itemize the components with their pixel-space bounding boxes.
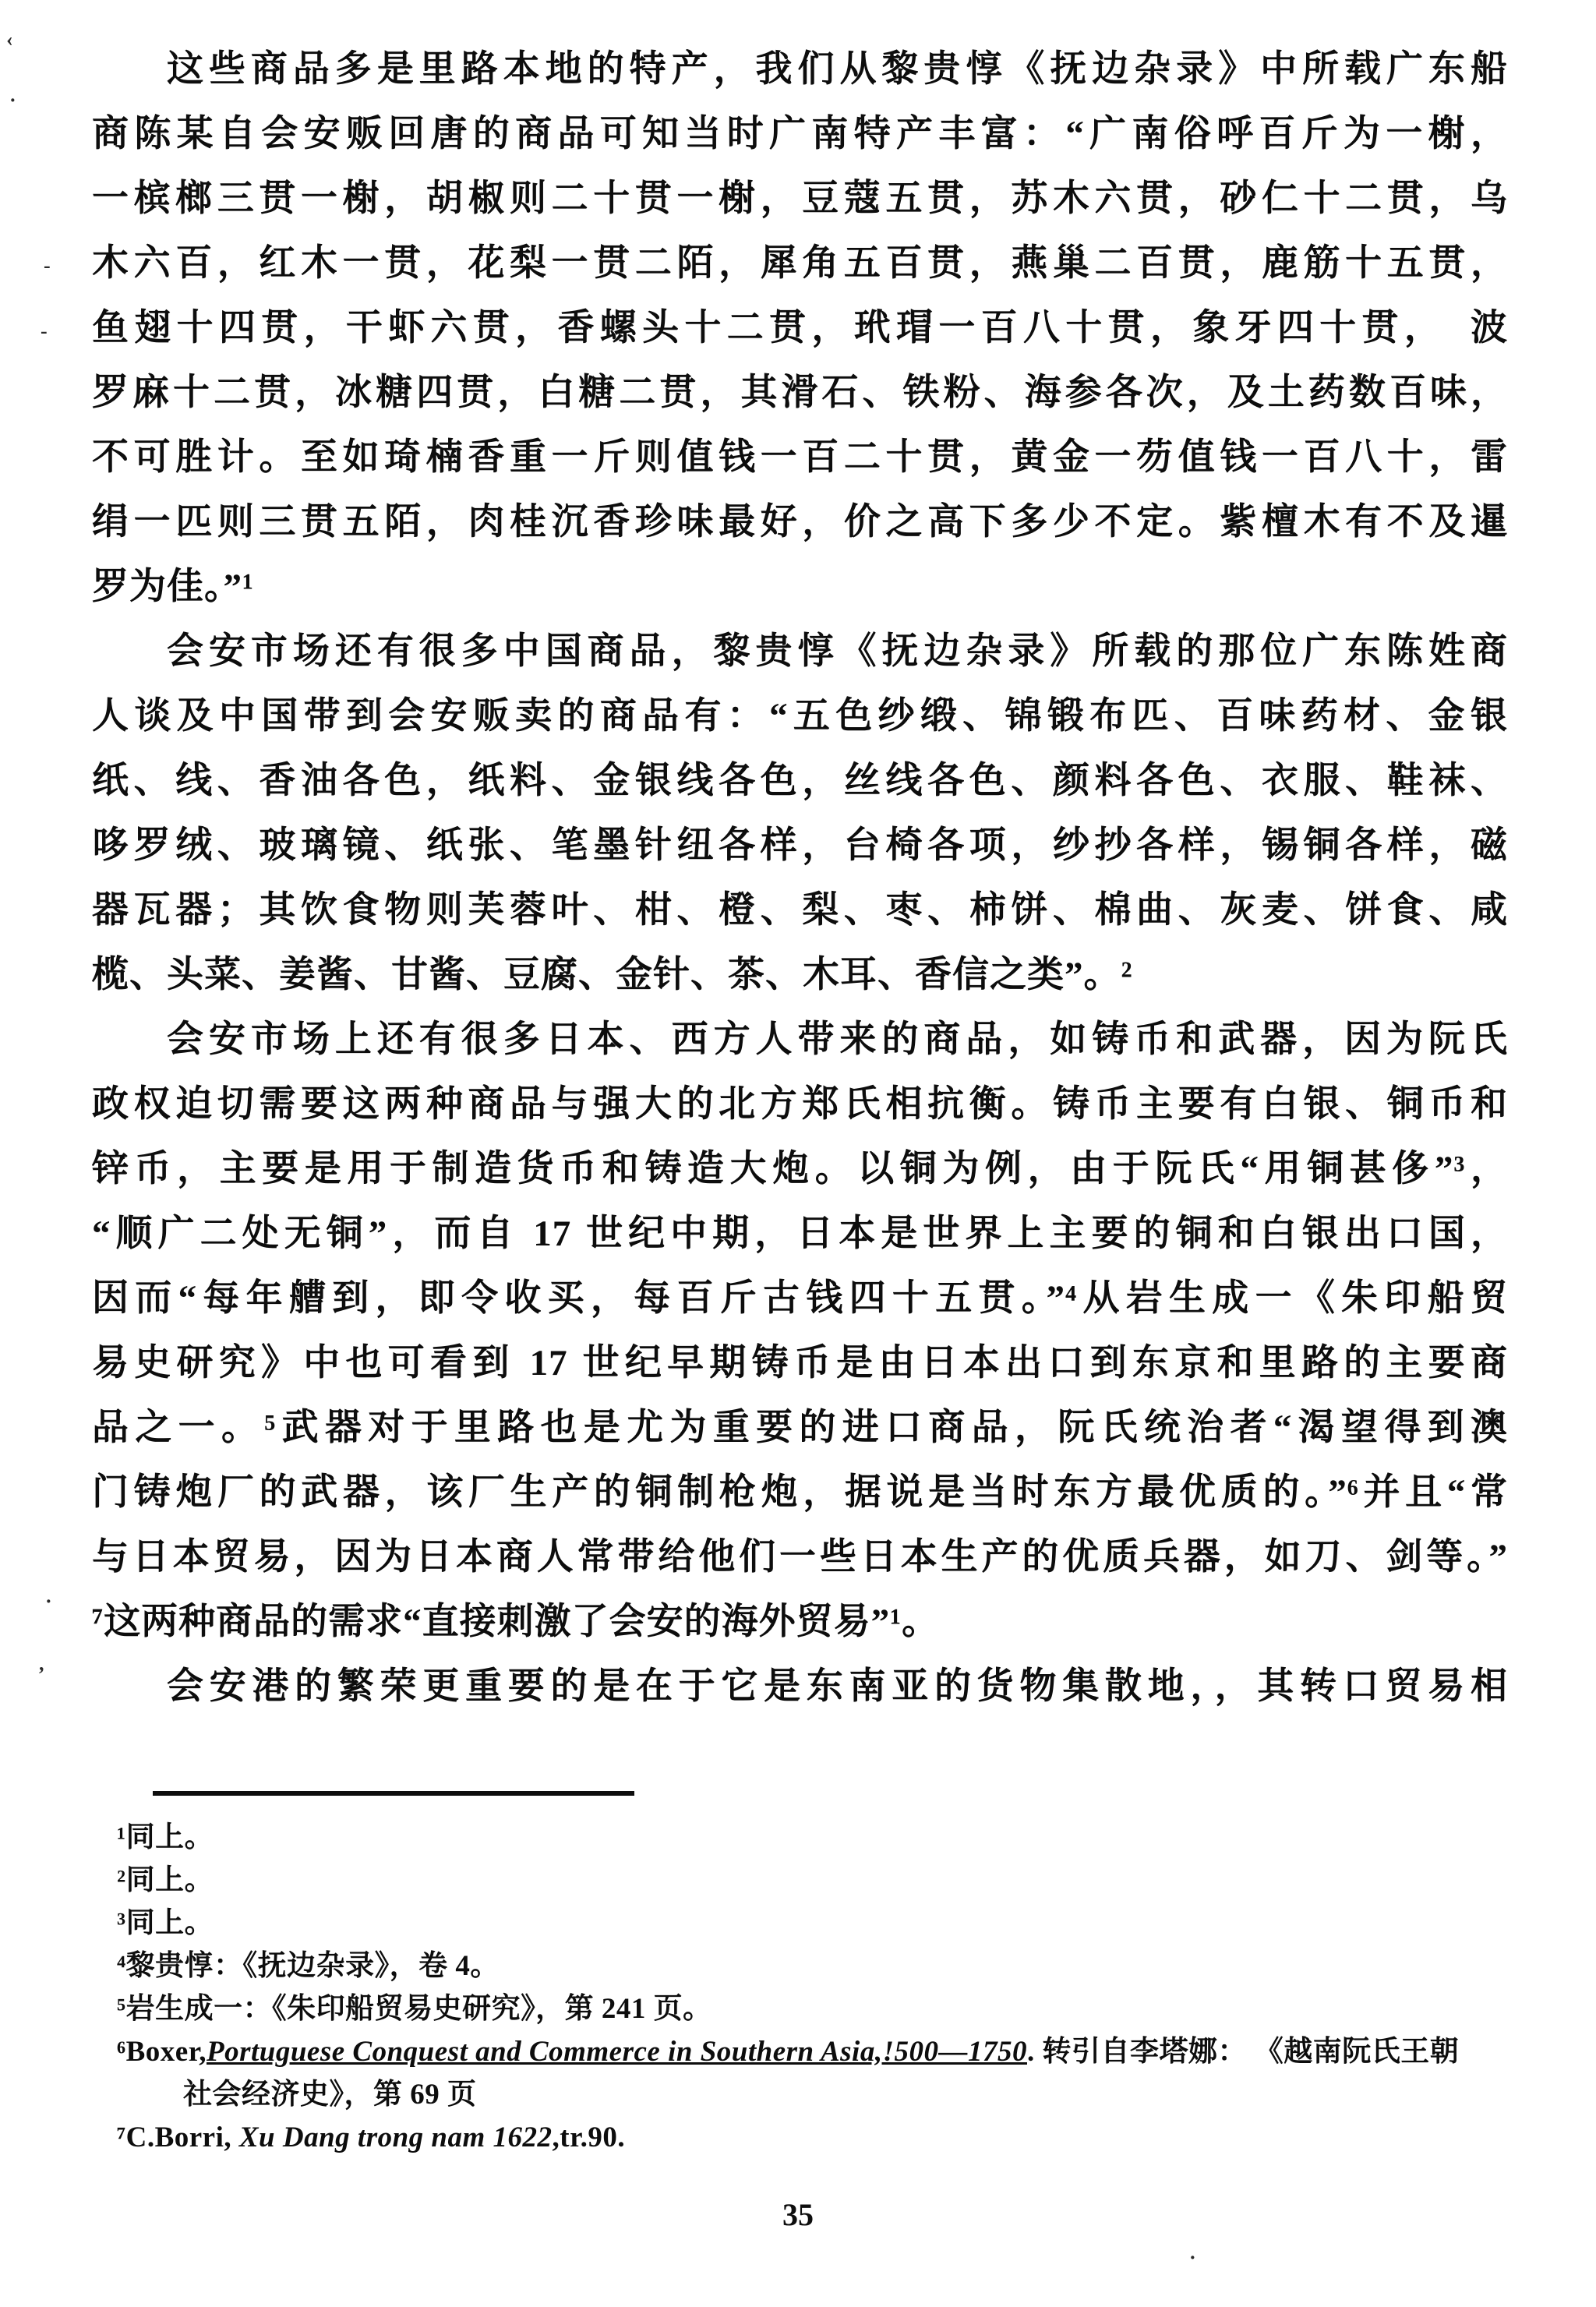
scan-artifact: ‹	[6, 28, 13, 51]
body-line: “顺广二处无铜”，而自 17 世纪中期，日本是世界上主要的铜和白银出口国，	[92, 1202, 1508, 1267]
footnote-6-book-title: Portuguese Conquest and Commerce in Sout…	[207, 2036, 1027, 2068]
scan-artifact: ,	[39, 1652, 44, 1676]
body-line: 人谈及中国带到会安贩卖的商品有：“五色纱缎、锦锻布匹、百味药材、金银	[92, 684, 1508, 749]
footnote-6: ⁶Boxer,Portuguese Conquest and Commerce …	[117, 2030, 1520, 2073]
body-line: 因而“每年艚到，即令收买，每百斤古钱四十五贯。”⁴从岩生成一《朱印船贸	[92, 1267, 1508, 1331]
body-line: 罗麻十二贯，冰糖四贯，白糖二贯，其滑石、铁粉、海参各次，及土药数百味，	[92, 361, 1508, 426]
footnote-6-suffix: . 转引自李塔娜： 《越南阮氏王朝	[1027, 2036, 1459, 2068]
body-text: 这些商品多是里路本地的特产，我们从黎贵惇《抚边杂录》中所载广东船 商陈某自会安贩…	[92, 37, 1508, 1719]
scan-artifact: ·	[1189, 2246, 1196, 2270]
body-line: 会安市场还有很多中国商品，黎贵惇《抚边杂录》所载的那位广东陈姓商	[92, 620, 1508, 684]
body-line: 榄、头菜、姜酱、甘酱、豆腐、金针、茶、木耳、香信之类”。²	[92, 943, 1508, 1008]
body-line: 哆罗绒、玻璃镜、纸张、笔墨针纽各样，台椅各项，纱抄各样，锡铜各样，磁	[92, 814, 1508, 878]
body-line: 门铸炮厂的武器，该厂生产的铜制枪炮，据说是当时东方最优质的。”⁶并且“常	[92, 1461, 1508, 1525]
body-line: 器瓦器；其饮食物则芙蓉叶、柑、橙、梨、枣、柿饼、棉曲、灰麦、饼食、咸	[92, 878, 1508, 943]
document-page: ‹ · - - · , · 这些商品多是里路本地的特产，我们从黎贵惇《抚边杂录》…	[0, 0, 1596, 2307]
footnote-7: ⁷C.Borri, Xu Dang trong nam 1622,tr.90.	[117, 2116, 1520, 2159]
body-line: 鱼翅十四贯，干虾六贯，香螺头十二贯，玳瑁一百八十贯，象牙四十贯， 波	[92, 296, 1508, 361]
footnote-4: ⁴黎贵惇：《抚边杂录》，卷 4。	[117, 1945, 1520, 1987]
scan-artifact: -	[41, 320, 48, 343]
body-line: 会安市场上还有很多日本、西方人带来的商品，如铸币和武器，因为阮氏	[92, 1008, 1508, 1072]
body-line: 一槟榔三贯一榭，胡椒则二十贯一榭，豆蔻五贯，苏木六贯，砂仁十二贯，乌	[92, 167, 1508, 231]
body-line: 这些商品多是里路本地的特产，我们从黎贵惇《抚边杂录》中所载广东船	[92, 37, 1508, 102]
body-line: 品之一。⁵武器对于里路也是尤为重要的进口商品，阮氏统治者“渴望得到澳	[92, 1396, 1508, 1461]
body-line: 绢一匹则三贯五陌，肉桂沉香珍味最好，价之高下多少不定。紫檀木有不及暹	[92, 490, 1508, 555]
footnote-separator	[153, 1791, 634, 1796]
footnote-1: ¹同上。	[117, 1816, 1520, 1859]
body-line: 政权迫切需要这两种商品与强大的北方郑氏相抗衡。铸币主要有白银、铜币和	[92, 1072, 1508, 1137]
body-line: 锌币，主要是用于制造货币和铸造大炮。以铜为例，由于阮氏“用铜甚侈”³，	[92, 1137, 1508, 1202]
footnote-3: ³同上。	[117, 1902, 1520, 1945]
page-number: 35	[0, 2196, 1596, 2233]
body-line: 与日本贸易，因为日本商人常带给他们一些日本生产的优质兵器，如刀、剑等。”	[92, 1525, 1508, 1590]
body-line: ⁷这两种商品的需求“直接刺激了会安的海外贸易”¹。	[92, 1590, 1508, 1655]
body-line: 商陈某自会安贩回唐的商品可知当时广南特产丰富：“广南俗呼百斤为一榭，	[92, 102, 1508, 167]
footnote-2: ²同上。	[117, 1859, 1520, 1902]
scan-artifact: -	[44, 254, 51, 277]
body-line: 纸、线、香油各色，纸料、金银线各色，丝线各色、颜料各色、衣服、鞋袜、	[92, 749, 1508, 814]
body-line: 不可胜计。至如琦楠香重一斤则值钱一百二十贯，黄金一芴值钱一百八十，雷	[92, 426, 1508, 490]
body-line: 易史研究》中也可看到 17 世纪早期铸币是由日本出口到东京和里路的主要商	[92, 1331, 1508, 1396]
body-line: 罗为佳。”¹	[92, 555, 1508, 620]
footnote-7-suffix: ,tr.90.	[553, 2122, 626, 2153]
scan-artifact: ·	[45, 1590, 52, 1613]
body-line: 木六百，红木一贯，花梨一贯二陌，犀角五百贯，燕巢二百贯，鹿筋十五贯，	[92, 231, 1508, 296]
footnotes: ¹同上。 ²同上。 ³同上。 ⁴黎贵惇：《抚边杂录》，卷 4。 ⁵岩生成一：《朱…	[117, 1816, 1520, 2159]
footnote-6-continuation: 社会经济史》，第 69 页	[117, 2073, 1520, 2116]
scan-artifact: ·	[9, 89, 16, 112]
footnote-7-book-title: Xu Dang trong nam 1622	[239, 2122, 553, 2153]
body-line: 会安港的繁荣更重要的是在于它是东南亚的货物集散地，，其转口贸易相	[92, 1655, 1508, 1719]
footnote-7-prefix: ⁷C.Borri,	[117, 2122, 239, 2153]
footnote-6-prefix: ⁶Boxer,	[117, 2036, 207, 2068]
footnote-5: ⁵岩生成一：《朱印船贸易史研究》，第 241 页。	[117, 1987, 1520, 2030]
